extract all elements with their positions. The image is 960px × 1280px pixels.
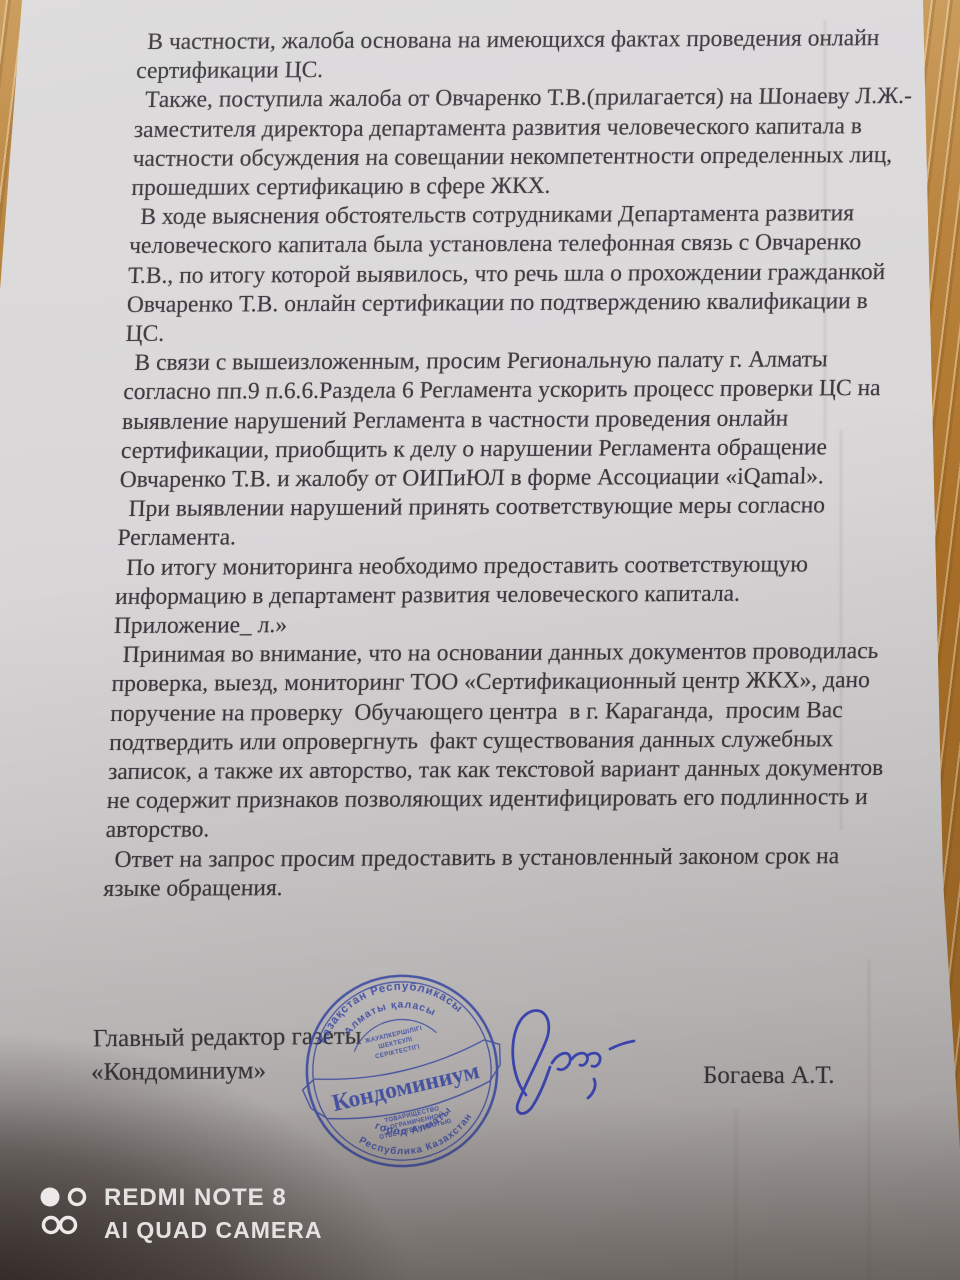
- stamp-center-name: Кондоминиум: [330, 1058, 482, 1117]
- letter-line: При выявлении нарушений принять соответс…: [118, 491, 879, 524]
- letter-line: сертификации, приобщить к делу о нарушен…: [120, 433, 881, 466]
- letter-line: авторство.: [105, 812, 866, 845]
- letter-line: подтвердить или опровергнуть факт сущест…: [109, 725, 870, 758]
- letter-line: информацию в департамент развития челове…: [115, 579, 876, 612]
- letter-line: согласно пп.9 п.6.6.Раздела 6 Регламента…: [123, 374, 884, 407]
- letter-line: прошедших сертификацию в сфере ЖКХ.: [131, 170, 892, 203]
- letter-line: Регламента.: [117, 520, 878, 553]
- letter-line: не содержит признаков позволяющих иденти…: [106, 783, 867, 816]
- letter-line: сертификации ЦС.: [136, 53, 897, 86]
- letter-body: В частности, жалоба основана на имеющихс…: [103, 24, 898, 904]
- letter-line: проверка, выезд, мониторинг ТОО «Сертифи…: [111, 666, 872, 699]
- signature-m-stroke: [552, 1053, 600, 1070]
- photo-of-document: В частности, жалоба основана на имеющихс…: [0, 0, 960, 1280]
- signature-main-stroke: [513, 1011, 550, 1114]
- letter-line: ЦС.: [125, 316, 886, 349]
- letter-line: Также, поступила жалоба от Овчаренко Т.В…: [134, 82, 895, 115]
- letter-line: В частности, жалоба основана на имеющихс…: [137, 24, 898, 57]
- letter-line: языке обращения.: [103, 871, 864, 904]
- letter-line: Принимая во внимание, что на основании д…: [112, 637, 873, 670]
- letter-line: В связи с вышеизложенным, просим Региона…: [124, 345, 885, 378]
- watermark-camera-label: AI QUAD CAMERA: [104, 1217, 322, 1244]
- letter-line: Ответ на запрос просим предоставить в ус…: [104, 842, 865, 875]
- letter-line: записок, а также их авторство, так как т…: [107, 754, 868, 787]
- letter-line: поручение на проверку Обучающего центра …: [110, 696, 871, 729]
- letter-line: заместителя директора департамента разви…: [133, 112, 894, 145]
- letter-line: частности обсуждения на совещании некомп…: [132, 141, 893, 174]
- signer-name: Богаева А.Т.: [703, 1062, 834, 1090]
- watermark-device-name: REDMI NOTE 8: [104, 1184, 287, 1212]
- letter-line: Овчаренко Т.В. и жалобу от ОИПиЮЛ в форм…: [119, 462, 880, 495]
- letter-line: Т.В., по итогу которой выявилось, что ре…: [127, 258, 888, 291]
- letter-line: По итогу мониторинга необходимо предоста…: [116, 550, 877, 583]
- letter-line: Овчаренко Т.В. онлайн сертификации по по…: [126, 287, 887, 320]
- handwritten-signature: [488, 995, 638, 1140]
- paper-crease: [868, 960, 870, 1280]
- letter-line: выявление нарушений Регламента в частнос…: [122, 404, 883, 437]
- signature-comma-stroke: [588, 1079, 595, 1098]
- letter-line: человеческого капитала была установлена …: [129, 228, 890, 261]
- quad-camera-icon: [40, 1187, 92, 1239]
- paper-crease: [735, 1110, 737, 1280]
- letter-line: Приложение_ л.»: [113, 608, 874, 641]
- signoff-role-line2: «Кондоминиум»: [91, 1057, 266, 1087]
- letter-line: В ходе выяснения обстоятельств сотрудник…: [130, 199, 891, 232]
- signature-dash-stroke: [610, 1041, 634, 1049]
